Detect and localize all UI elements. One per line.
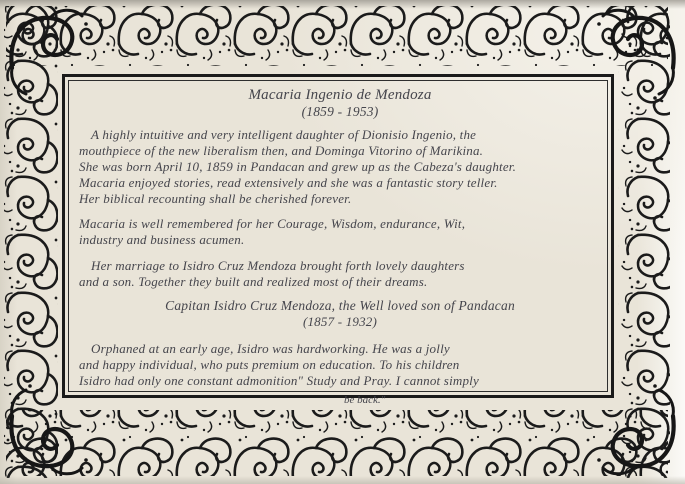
handwritten-line: Macaria is well remembered for her Coura… [79,216,601,232]
title-dates: (1859 - 1953) [79,104,601,120]
handwritten-line: and happy individual, who puts premium o… [79,357,601,373]
handwritten-line: A highly intuitive and very intelligent … [79,127,601,143]
handwritten-line: Macaria enjoyed stories, read extensivel… [79,175,601,191]
scanned-document: Macaria Ingenio de Mendoza (1859 - 1953)… [0,0,685,484]
paragraph-character: Macaria is well remembered for her Coura… [79,216,601,248]
handwritten-line: leave each one of you a fortune. Wealth … [79,389,601,390]
handwritten-line: Orphaned at an early age, Isidro was har… [79,341,601,357]
handwritten-line: and a son. Together they built and reali… [79,274,601,290]
subheading-title: Capitan Isidro Cruz Mendoza, the Well lo… [79,298,601,314]
subheading-dates: (1857 - 1932) [79,314,601,330]
paragraph-biography: A highly intuitive and very intelligent … [79,127,601,207]
overflow-text: be back." [344,394,385,406]
paragraph-isidro: Orphaned at an early age, Isidro was har… [79,341,601,390]
handwritten-line: mouthpiece of the new liberalism then, a… [79,143,601,159]
handwritten-line: Isidro had only one constant admonition"… [79,373,601,389]
handwritten-line: industry and business acumen. [79,232,601,248]
handwritten-line: She was born April 10, 1859 in Pandacan … [79,159,601,175]
handwritten-line: Her marriage to Isidro Cruz Mendoza brou… [79,258,601,274]
scanned-memorial-page: { "colors": { "paper": "#e9e4d8", "borde… [0,0,685,484]
handwritten-content: Macaria Ingenio de Mendoza (1859 - 1953)… [79,82,601,390]
paragraph-marriage: Her marriage to Isidro Cruz Mendoza brou… [79,258,601,290]
handwritten-line: Her biblical recounting shall be cherish… [79,191,601,207]
page-title: Macaria Ingenio de Mendoza [79,86,601,104]
text-frame: Macaria Ingenio de Mendoza (1859 - 1953)… [62,74,614,398]
